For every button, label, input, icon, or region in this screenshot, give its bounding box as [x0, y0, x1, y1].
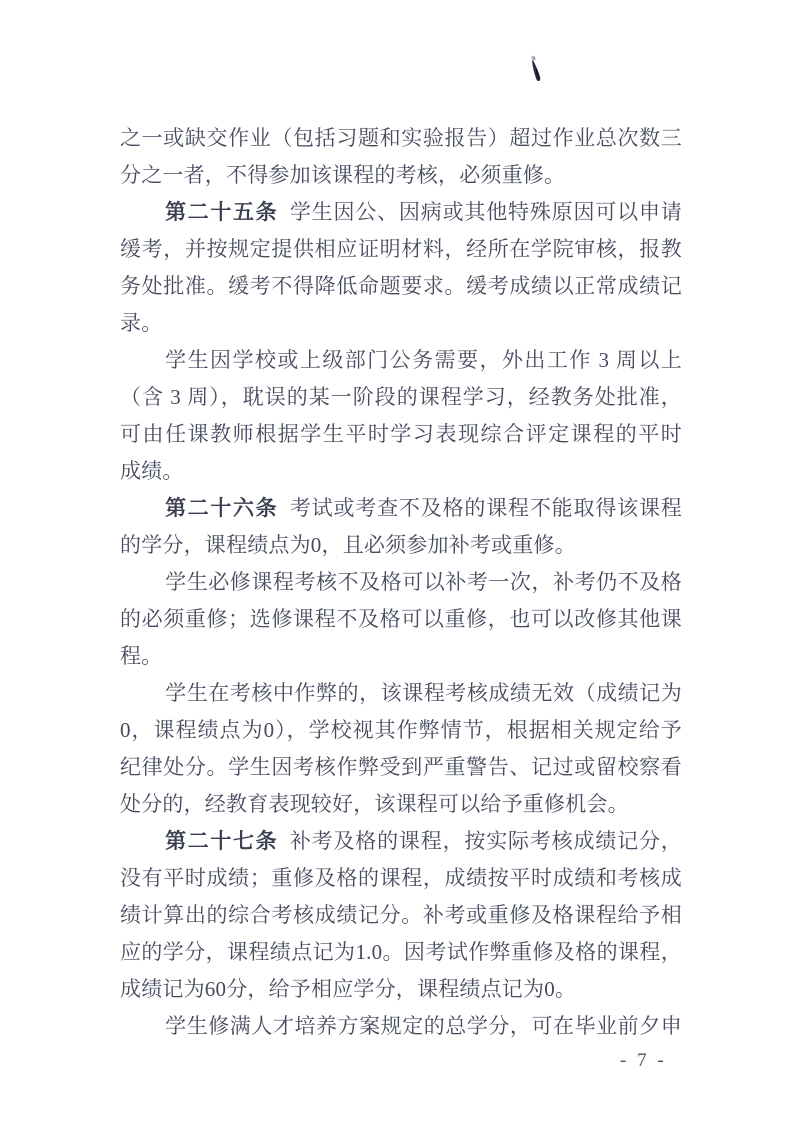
line-text: 纪律处分。学生因考核作弊受到严重警告、记过或留校察看 — [120, 755, 682, 779]
line-text: 应的学分，课程绩点记为1.0。因考试作弊重修及格的课程， — [120, 940, 682, 964]
text-line: 学生在考核中作弊的，该课程考核成绩无效（成绩记为 — [120, 675, 682, 712]
line-text: 之一或缺交作业（包括习题和实验报告）超过作业总次数三 — [120, 126, 682, 150]
line-text: 补考及格的课程，按实际考核成绩记分， — [290, 829, 682, 853]
text-line: （含 3 周），耽误的某一阶段的课程学习，经教务处批准， — [120, 379, 682, 416]
text-line: 第二十六条考试或考查不及格的课程不能取得该课程 — [120, 490, 682, 527]
document-page: 之一或缺交作业（包括习题和实验报告）超过作业总次数三分之一者，不得参加该课程的考… — [0, 0, 799, 1130]
line-text: 的必须重修；选修课程不及格可以重修，也可以改修其他课 — [120, 607, 682, 631]
text-line: 成绩。 — [120, 453, 682, 490]
text-line: 学生必修课程考核不及格可以补考一次，补考仍不及格 — [120, 564, 682, 601]
text-line: 处分的，经教育表现较好，该课程可以给予重修机会。 — [120, 786, 682, 823]
text-line: 学生修满人才培养方案规定的总学分，可在毕业前夕申 — [120, 1008, 682, 1045]
line-text: 录。 — [120, 311, 162, 335]
line-text: 缓考，并按规定提供相应证明材料，经所在学院审核，报教 — [120, 237, 682, 261]
page-number: - 7 - — [620, 1050, 667, 1072]
article-number: 第二十五条 — [165, 200, 278, 224]
text-lines: 之一或缺交作业（包括习题和实验报告）超过作业总次数三分之一者，不得参加该课程的考… — [120, 120, 682, 1045]
text-line: 第二十五条学生因公、因病或其他特殊原因可以申请 — [120, 194, 682, 231]
line-text: 可由任课教师根据学生平时学习表现综合评定课程的平时 — [120, 422, 682, 446]
text-line: 程。 — [120, 638, 682, 675]
line-text: 学生在考核中作弊的，该课程考核成绩无效（成绩记为 — [165, 681, 682, 705]
line-text: 学生必修课程考核不及格可以补考一次，补考仍不及格 — [165, 570, 682, 594]
text-line: 绩计算出的综合考核成绩记分。补考或重修及格课程给予相 — [120, 897, 682, 934]
text-line: 学生因学校或上级部门公务需要，外出工作 3 周以上 — [120, 342, 682, 379]
text-line: 缓考，并按规定提供相应证明材料，经所在学院审核，报教 — [120, 231, 682, 268]
line-text: 学生因学校或上级部门公务需要，外出工作 3 周以上 — [165, 348, 682, 372]
article-number: 第二十七条 — [165, 829, 278, 853]
text-line: 成绩记为60分，给予相应学分，课程绩点记为0。 — [120, 971, 682, 1008]
article-number: 第二十六条 — [165, 496, 278, 520]
text-line: 的必须重修；选修课程不及格可以重修，也可以改修其他课 — [120, 601, 682, 638]
line-text: 0，课程绩点为0），学校视其作弊情节，根据相关规定给予 — [120, 718, 682, 742]
text-line: 纪律处分。学生因考核作弊受到严重警告、记过或留校察看 — [120, 749, 682, 786]
text-line: 第二十七条补考及格的课程，按实际考核成绩记分， — [120, 823, 682, 860]
line-text: 务处批准。缓考不得降低命题要求。缓考成绩以正常成绩记 — [120, 274, 682, 298]
text-line: 0，课程绩点为0），学校视其作弊情节，根据相关规定给予 — [120, 712, 682, 749]
line-text: 成绩记为60分，给予相应学分，课程绩点记为0。 — [120, 977, 576, 1001]
text-line: 之一或缺交作业（包括习题和实验报告）超过作业总次数三 — [120, 120, 682, 157]
text-line: 分之一者，不得参加该课程的考核，必须重修。 — [120, 157, 682, 194]
text-line: 可由任课教师根据学生平时学习表现综合评定课程的平时 — [120, 416, 682, 453]
line-text: 处分的，经教育表现较好，该课程可以给予重修机会。 — [120, 792, 629, 816]
line-text: 的学分，课程绩点为0，且必须参加补考或重修。 — [120, 533, 576, 557]
line-text: 分之一者，不得参加该课程的考核，必须重修。 — [120, 163, 565, 187]
line-text: 学生因公、因病或其他特殊原因可以申请 — [290, 200, 682, 224]
text-line: 没有平时成绩；重修及格的课程，成绩按平时成绩和考核成 — [120, 860, 682, 897]
line-text: 考试或考查不及格的课程不能取得该课程 — [290, 496, 682, 520]
ink-smudge-artifact — [524, 50, 552, 90]
text-line: 录。 — [120, 305, 682, 342]
text-line: 的学分，课程绩点为0，且必须参加补考或重修。 — [120, 527, 682, 564]
text-line: 应的学分，课程绩点记为1.0。因考试作弊重修及格的课程， — [120, 934, 682, 971]
line-text: 成绩。 — [120, 459, 184, 483]
text-line: 务处批准。缓考不得降低命题要求。缓考成绩以正常成绩记 — [120, 268, 682, 305]
line-text: 没有平时成绩；重修及格的课程，成绩按平时成绩和考核成 — [120, 866, 682, 890]
line-text: 学生修满人才培养方案规定的总学分，可在毕业前夕申 — [165, 1014, 682, 1038]
line-text: （含 3 周），耽误的某一阶段的课程学习，经教务处批准， — [120, 385, 682, 409]
line-text: 绩计算出的综合考核成绩记分。补考或重修及格课程给予相 — [120, 903, 682, 927]
line-text: 程。 — [120, 644, 162, 668]
